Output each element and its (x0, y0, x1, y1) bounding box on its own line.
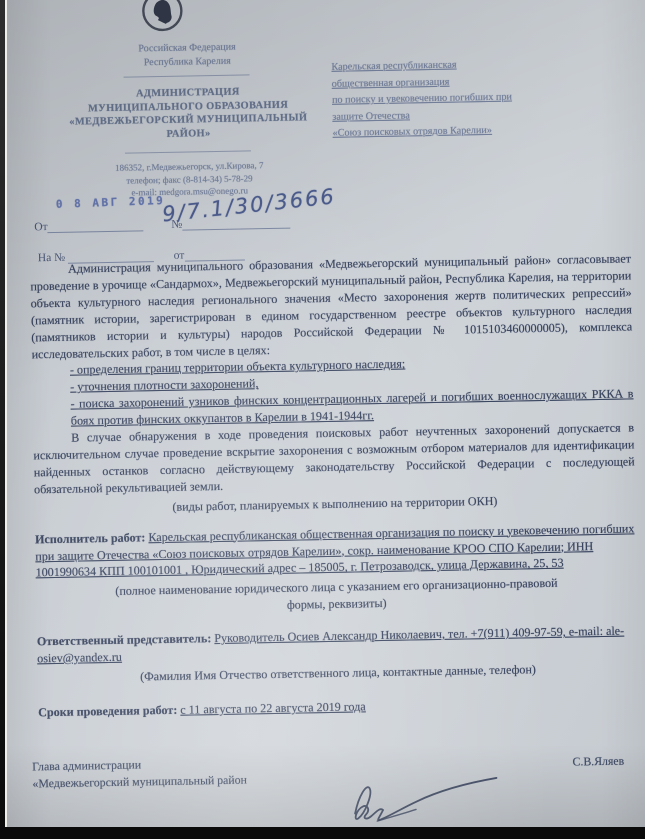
administration-name: АДМИНИСТРАЦИЯ МУНИЦИПАЛЬНОГО ОБРАЗОВАНИЯ… (30, 84, 347, 144)
paragraph-conditions: В случае обнаружения в ходе проведения п… (33, 419, 635, 498)
letter-paper: Российская Федерация Республика Карелия … (5, 0, 645, 827)
work-dates-label: Сроки проведения работ: (38, 703, 177, 720)
letterhead-divider (124, 74, 250, 77)
letterhead-divider (125, 150, 251, 153)
letter-content: Российская Федерация Республика Карелия … (5, 0, 645, 827)
date-stamp: 0 8 АВГ 2019 (56, 194, 166, 211)
blank-line (48, 218, 144, 233)
note-legal-entity: (полное наименование юридического лица с… (101, 575, 572, 617)
signer-title: Глава администрации «Медвежьегорский мун… (32, 755, 247, 792)
paragraph-approval: Администрация муниципального образования… (30, 250, 633, 362)
number-label: № (171, 219, 182, 231)
executor-section: Исполнитель работ: Карельская республика… (35, 520, 637, 582)
ot-label: От (34, 221, 48, 233)
addressee-block: Карельская республиканская общественная … (331, 54, 634, 142)
signature (332, 769, 513, 827)
letterhead-country-region: Российская Федерация Республика Карелия (56, 39, 318, 72)
purpose-list: - определения границ территории объекта … (32, 352, 634, 431)
scanned-letter-photo: Российская Федерация Республика Карелия … (0, 0, 645, 839)
signer-name: С.В.Яляев (572, 754, 624, 770)
representative-label: Ответственный представитель: (37, 631, 212, 648)
signer-title-line: «Медвежьегорский муниципальный район (32, 771, 247, 791)
region-label: Республика Карелия (144, 56, 231, 69)
letter-body: Администрация муниципального образования… (30, 250, 639, 721)
executor-label: Исполнитель работ: (35, 530, 146, 546)
work-dates-value: с 11 августа по 22 августа 2019 года (180, 699, 366, 716)
country-label: Российская Федерация (138, 42, 235, 55)
outgoing-ref-line: От № (34, 216, 290, 234)
work-dates-section: Сроки проведения работ: с 11 августа по … (38, 693, 639, 721)
coat-of-arms-icon (136, 0, 189, 44)
blank-line (182, 216, 290, 231)
